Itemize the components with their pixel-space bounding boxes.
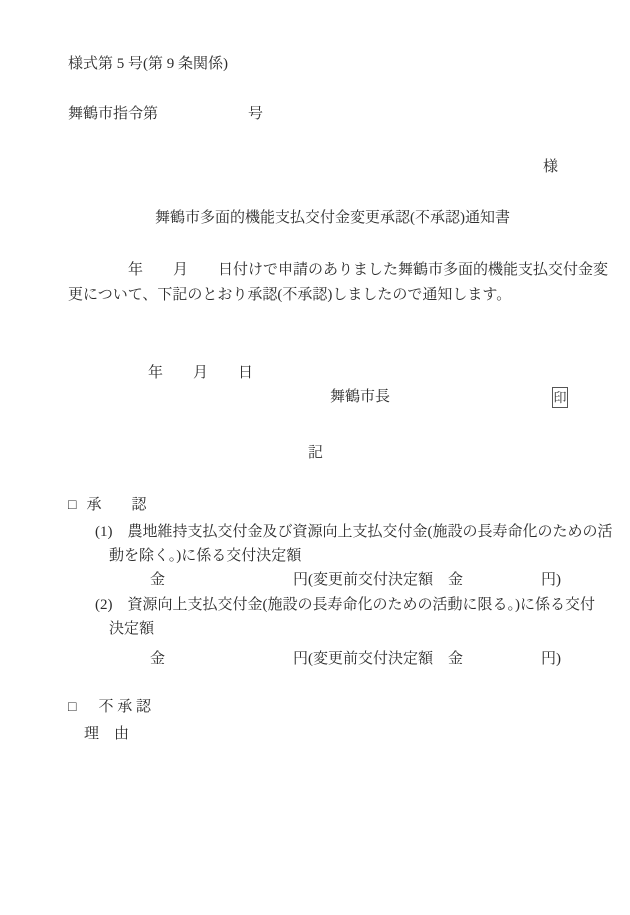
amount1-previous-amount-label: 円(変更前交付決定額 金 [293,573,463,588]
approval-item2-amount-line: 金 円(変更前交付決定額 金 円) [0,652,630,670]
disapproval-label: 不 承 認 [98,700,151,715]
approval-item1-line2: 動を除く。)に係る交付決定額 [109,549,301,564]
disapproval-reason-label: 理 由 [84,727,129,742]
body-paragraph-line1: 年 月 日付けで申請のありました舞鶴市多面的機能支払交付金変 [68,263,608,278]
approval-checkbox[interactable]: □ [68,498,76,513]
document-title: 舞鶴市多面的機能支払交付金変更承認(不承認)通知書 [155,211,510,226]
directive-number-line: 舞鶴市指令第 号 [68,107,263,122]
disapproval-checkbox[interactable]: □ [68,700,76,715]
amount1-yen-prefix: 金 [150,573,165,588]
seal-label: 印 [553,391,566,404]
amount2-yen-prefix: 金 [150,652,165,667]
amount2-yen-suffix: 円) [541,652,561,667]
approval-item1-amount-line: 金 円(変更前交付決定額 金 円) [0,573,630,591]
amount1-yen-suffix: 円) [541,573,561,588]
disapproval-section-header: □ 不 承 認 [68,700,151,715]
sender-title: 舞鶴市長 [330,390,390,405]
approval-item2-line2: 決定額 [109,622,154,637]
record-marker: 記 [308,446,323,461]
approval-label: 承 認 [86,498,146,513]
addressee-suffix: 様 [543,160,558,175]
approval-item2-line1: (2) 資源向上支払交付金(施設の長寿命化のための活動に限る。)に係る交付 [95,598,595,613]
body-paragraph-line2: 更について、下記のとおり承認(不承認)しましたので通知します。 [68,288,511,303]
date-line: 年 月 日 [148,366,253,381]
seal-placeholder-box: 印 [552,387,568,408]
amount2-previous-amount-label: 円(変更前交付決定額 金 [293,652,463,667]
form-number: 様式第 5 号(第 9 条関係) [68,57,228,72]
notification-document: 様式第 5 号(第 9 条関係) 舞鶴市指令第 号 様 舞鶴市多面的機能支払交付… [0,0,630,915]
approval-item1-line1: (1) 農地維持支払交付金及び資源向上支払交付金(施設の長寿命化のための活 [95,525,613,540]
approval-section-header: □ 承 認 [68,498,146,513]
